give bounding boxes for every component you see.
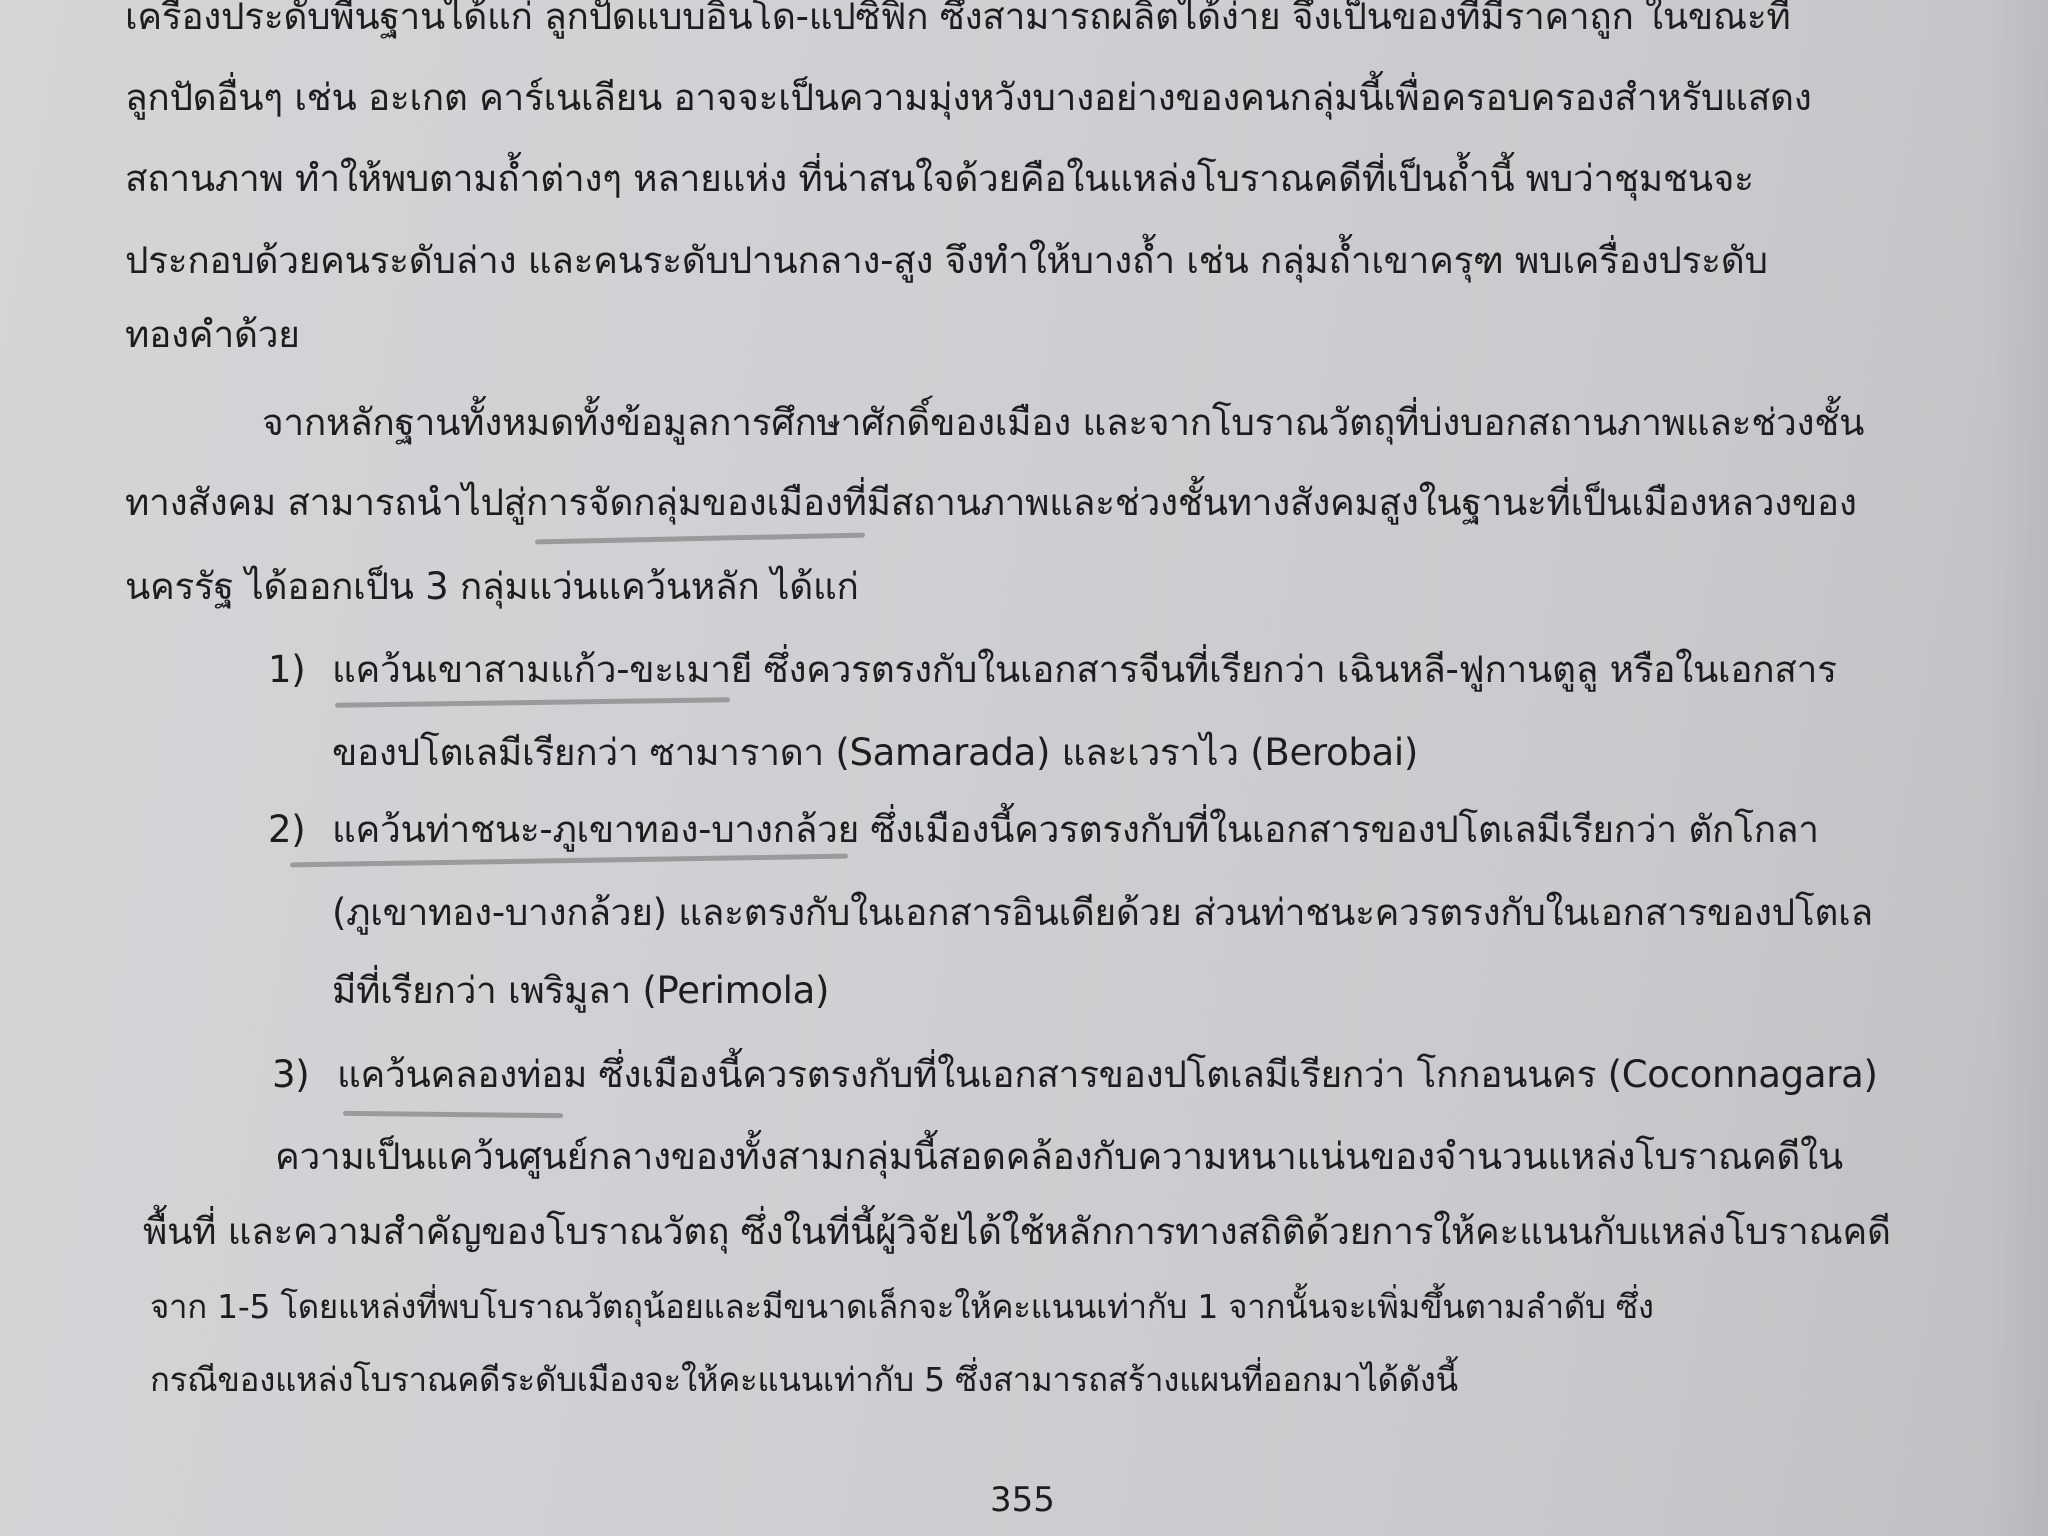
list-item-line: แคว้นท่าชนะ-ภูเขาทอง-บางกล้วย ซึ่งเมืองน… — [332, 805, 1819, 855]
list-number: 3) — [272, 1050, 309, 1100]
paragraph-line: ทองคำด้วย — [125, 310, 300, 360]
list-number: 2) — [268, 805, 305, 855]
paragraph-line: ความเป็นแคว้นศูนย์กลางของทั้งสามกลุ่มนี้… — [275, 1132, 1843, 1182]
paragraph-line: จากหลักฐานทั้งหมดทั้งข้อมูลการศึกษาศักดิ… — [262, 398, 1864, 448]
list-item-line: แคว้นเขาสามแก้ว-ขะเมายี ซึ่งควรตรงกับในเ… — [332, 645, 1837, 695]
pencil-underline — [290, 854, 848, 868]
paragraph-line: กรณีของแหล่งโบราณคดีระดับเมืองจะให้คะแนน… — [150, 1355, 1458, 1405]
list-item-line: ของปโตเลมีเรียกว่า ซามาราดา (Samarada) แ… — [332, 728, 1418, 778]
page-number: 355 — [990, 1480, 1055, 1520]
paragraph-line: เครื่องประดับพื้นฐานได้แก่ ลูกปัดแบบอินโ… — [125, 0, 1925, 42]
list-number: 1) — [268, 645, 305, 695]
list-item-line: (ภูเขาทอง-บางกล้วย) และตรงกับในเอกสารอิน… — [332, 888, 1873, 938]
paragraph-line: ทางสังคม สามารถนำไปสู่การจัดกลุ่มของเมือ… — [125, 478, 1857, 528]
paragraph-line: ประกอบด้วยคนระดับล่าง และคนระดับปานกลาง-… — [125, 236, 1768, 286]
pencil-underline — [535, 533, 865, 545]
paragraph-line: สถานภาพ ทำให้พบตามถ้ำต่างๆ หลายแห่ง ที่น… — [125, 154, 1754, 204]
list-item-line: แคว้นคลองท่อม ซึ่งเมืองนี้ควรตรงกับที่ใน… — [337, 1050, 1878, 1100]
list-item-line: มีที่เรียกว่า เพริมูลา (Perimola) — [332, 966, 829, 1016]
paragraph-line: นครรัฐ ได้ออกเป็น 3 กลุ่มแว่นแคว้นหลัก ไ… — [125, 562, 859, 612]
paragraph-line: จาก 1-5 โดยแหล่งที่พบโบราณวัตถุน้อยและมี… — [150, 1282, 1654, 1332]
book-page: เครื่องประดับพื้นฐานได้แก่ ลูกปัดแบบอินโ… — [0, 0, 2048, 1536]
pencil-underline — [335, 697, 730, 708]
paragraph-line: ลูกปัดอื่นๆ เช่น อะเกต คาร์เนเลียน อาจจะ… — [125, 73, 1812, 123]
paragraph-line: พื้นที่ และความสำคัญของโบราณวัตถุ ซึ่งใน… — [143, 1207, 1891, 1257]
pencil-underline — [343, 1111, 563, 1118]
